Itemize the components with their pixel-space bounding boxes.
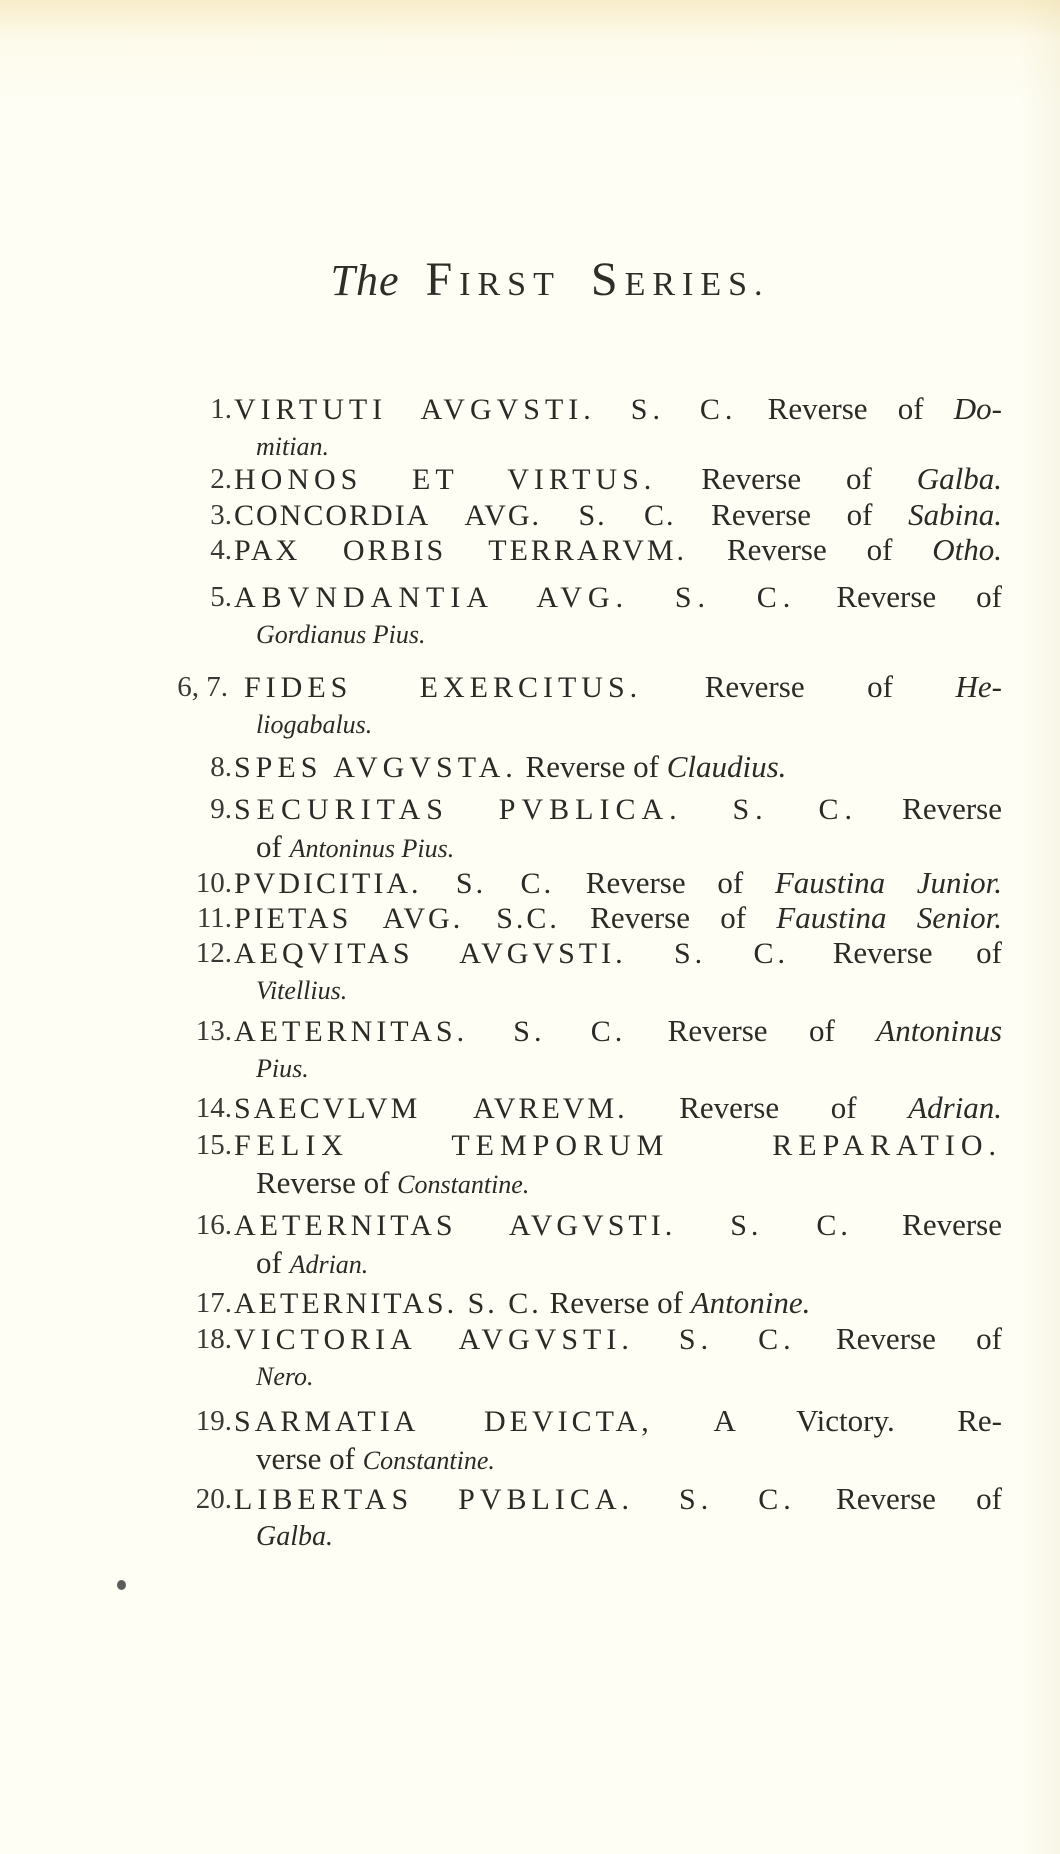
entry-line: HONOS ET VIRTUS. Reverse of Galba. [234, 460, 1002, 499]
entry-line: SPES AVGVSTA. Reverse of Claudius. [234, 748, 934, 787]
emperor-name-continued: Galba. [256, 1518, 333, 1556]
entry-line: ABVNDANTIA AVG. S. C. Reverse of [234, 578, 1002, 617]
reverse-text: Reverse of [836, 1481, 1002, 1516]
emperor-name: Do- [954, 391, 1002, 426]
emperor-name: Otho. [932, 532, 1002, 567]
ink-blot [117, 1580, 126, 1590]
reverse-text-continued: of [256, 829, 282, 864]
entry-line: SAECVLVM AVREVM. Reverse of Adrian. [234, 1089, 1002, 1128]
reverse-text: Reverse [902, 791, 1002, 826]
entry-number: 19. [196, 1402, 232, 1440]
coin-legend: VIRTUTI AVGVSTI. S. C. [234, 393, 737, 426]
entry-line: LIBERTAS PVBLICA. S. C. Reverse of [234, 1480, 1002, 1519]
coin-legend: PIETAS AVG. S.C. [234, 902, 560, 935]
emperor-name: He- [956, 669, 1002, 704]
emperor-name: Constantine. [397, 1170, 529, 1199]
reverse-text: Reverse of [590, 900, 746, 935]
title-first: FIRST [425, 256, 560, 305]
reverse-text: Reverse of [526, 749, 659, 784]
coin-legend: LIBERTAS PVBLICA. S. C. [234, 1483, 796, 1516]
coin-legend: PAX ORBIS TERRARVM. [234, 534, 687, 567]
emperor-name: Antoninus [876, 1013, 1002, 1048]
entry-line: SECURITAS PVBLICA. S. C. Reverse [234, 790, 1002, 829]
emperor-name-continued: Nero. [256, 1358, 314, 1396]
entry-line-continued: verse of Constantine. [256, 1440, 495, 1480]
coin-legend: AETERNITAS AVGVSTI. S. C. [234, 1209, 852, 1242]
entry-number: 16. [196, 1206, 232, 1244]
entry-number: 12. [196, 934, 232, 972]
coin-legend: AEQVITAS AVGVSTI. S. C. [234, 937, 789, 970]
reverse-text: Reverse of [550, 1285, 683, 1320]
emperor-name-continued: Gordianus Pius. [256, 616, 426, 654]
entry-line-continued: of Antoninus Pius. [256, 828, 454, 868]
emperor-name: Claudius. [667, 749, 787, 784]
emperor-name: Constantine. [363, 1446, 495, 1475]
entry-line-continued: of Adrian. [256, 1244, 368, 1284]
coin-legend: AETERNITAS. S. C. [234, 1287, 542, 1320]
entry-line: AEQVITAS AVGVSTI. S. C. Reverse of [234, 934, 1002, 973]
coin-legend: PVDICITIA. S. C. [234, 867, 554, 900]
entry-number: 14. [196, 1089, 232, 1127]
entry-line: VIRTUTI AVGVSTI. S. C. Reverse of Do- [234, 390, 1002, 429]
reverse-text: Reverse of [586, 865, 743, 900]
book-page: The FIRST SERIES. 1. VIRTUTI AVGVSTI. S.… [0, 0, 1060, 1854]
entry-number: 3. [210, 496, 232, 534]
entry-number: 10. [196, 864, 232, 902]
entry-number: 15. [196, 1126, 232, 1164]
reverse-text: Reverse of [727, 532, 893, 567]
coin-legend: SECURITAS PVBLICA. S. C. [234, 793, 858, 826]
entry-line: CONCORDIA AVG. S. C. Reverse of Sabina. [234, 496, 1002, 535]
reverse-text-continued: verse of [256, 1441, 355, 1476]
coin-legend: CONCORDIA AVG. S. C. [234, 499, 676, 532]
reverse-text: Reverse of [679, 1090, 856, 1125]
coin-legend: VICTORIA AVGVSTI. S. C. [234, 1323, 796, 1356]
reverse-text: Reverse of [836, 1321, 1002, 1356]
reverse-text: Reverse of [256, 1165, 389, 1200]
entry-number: 20. [196, 1480, 232, 1518]
title-prefix: The [330, 256, 399, 305]
coin-legend: AETERNITAS. S. C. [234, 1015, 626, 1048]
coin-legend: ABVNDANTIA AVG. S. C. [234, 581, 796, 614]
entry-number: 13. [196, 1012, 232, 1050]
emperor-name: Galba. [917, 461, 1002, 496]
emperor-name: Adrian. [908, 1090, 1002, 1125]
reverse-text: Reverse of [705, 669, 893, 704]
entry-number: 4. [210, 531, 232, 569]
emperor-name: Antonine. [691, 1285, 811, 1320]
entry-number: 11. [197, 899, 232, 937]
emperor-name: Sabina. [908, 497, 1002, 532]
entry-line-continued: Reverse of Constantine. [256, 1164, 529, 1204]
entry-line: AETERNITAS. S. C. Reverse of Antoninus [234, 1012, 1002, 1051]
emperor-name: Adrian. [290, 1250, 369, 1279]
entry-number: 8. [210, 748, 232, 786]
coin-legend: SPES AVGVSTA. [234, 751, 518, 784]
reverse-text: Reverse of [836, 579, 1002, 614]
emperor-name-continued: Pius. [256, 1050, 309, 1088]
entry-line: FELIX TEMPORUM REPARATIO. [234, 1126, 1002, 1165]
coin-legend: HONOS ET VIRTUS. [234, 463, 656, 496]
entry-line: VICTORIA AVGVSTI. S. C. Reverse of [234, 1320, 1002, 1359]
emperor-name-continued: liogabalus. [256, 706, 372, 744]
entry-number: 2. [210, 460, 232, 498]
emperor-name-continued: Vitellius. [256, 972, 347, 1010]
coin-legend: SAECVLVM AVREVM. [234, 1092, 628, 1125]
reverse-text: Reverse [902, 1207, 1002, 1242]
page-title: The FIRST SERIES. [0, 252, 1060, 307]
entry-line: PAX ORBIS TERRARVM. Reverse of Otho. [234, 531, 1002, 570]
emperor-name: Faustina Junior. [775, 865, 1002, 900]
entry-line: PVDICITIA. S. C. Reverse of Faustina Jun… [234, 864, 1002, 903]
emperor-name: Faustina Senior. [776, 900, 1002, 935]
entry-number: 17. [196, 1284, 232, 1322]
entry-line: SARMATIA DEVICTA, A Victory. Re- [234, 1402, 1002, 1441]
title-series: SERIES. [591, 256, 770, 305]
reverse-text-continued: of [256, 1245, 282, 1280]
reverse-text: Reverse of [768, 391, 924, 426]
entry-number: 1. [210, 390, 232, 428]
coin-legend: SARMATIA DEVICTA, [234, 1405, 653, 1438]
entry-number: 18. [196, 1320, 232, 1358]
reverse-text: Reverse of [711, 497, 872, 532]
reverse-text: Reverse of [668, 1013, 835, 1048]
coin-legend: FELIX TEMPORUM REPARATIO. [234, 1129, 1002, 1162]
entry-line: PIETAS AVG. S.C. Reverse of Faustina Sen… [234, 899, 1002, 938]
reverse-text: A Victory. Re- [714, 1403, 1002, 1438]
entry-line: AETERNITAS. S. C. Reverse of Antonine. [234, 1284, 954, 1323]
emperor-name: Antoninus Pius. [290, 834, 455, 863]
entry-line: AETERNITAS AVGVSTI. S. C. Reverse [234, 1206, 1002, 1245]
entry-number: 5. [210, 578, 232, 616]
reverse-text: Reverse of [833, 935, 1002, 970]
entry-line: FIDES EXERCITUS. Reverse of He- [244, 668, 1002, 707]
entry-number: 9. [210, 790, 232, 828]
entry-number: 6, 7. [177, 668, 228, 706]
reverse-text: Reverse of [701, 461, 872, 496]
coin-legend: FIDES EXERCITUS. [244, 671, 642, 704]
